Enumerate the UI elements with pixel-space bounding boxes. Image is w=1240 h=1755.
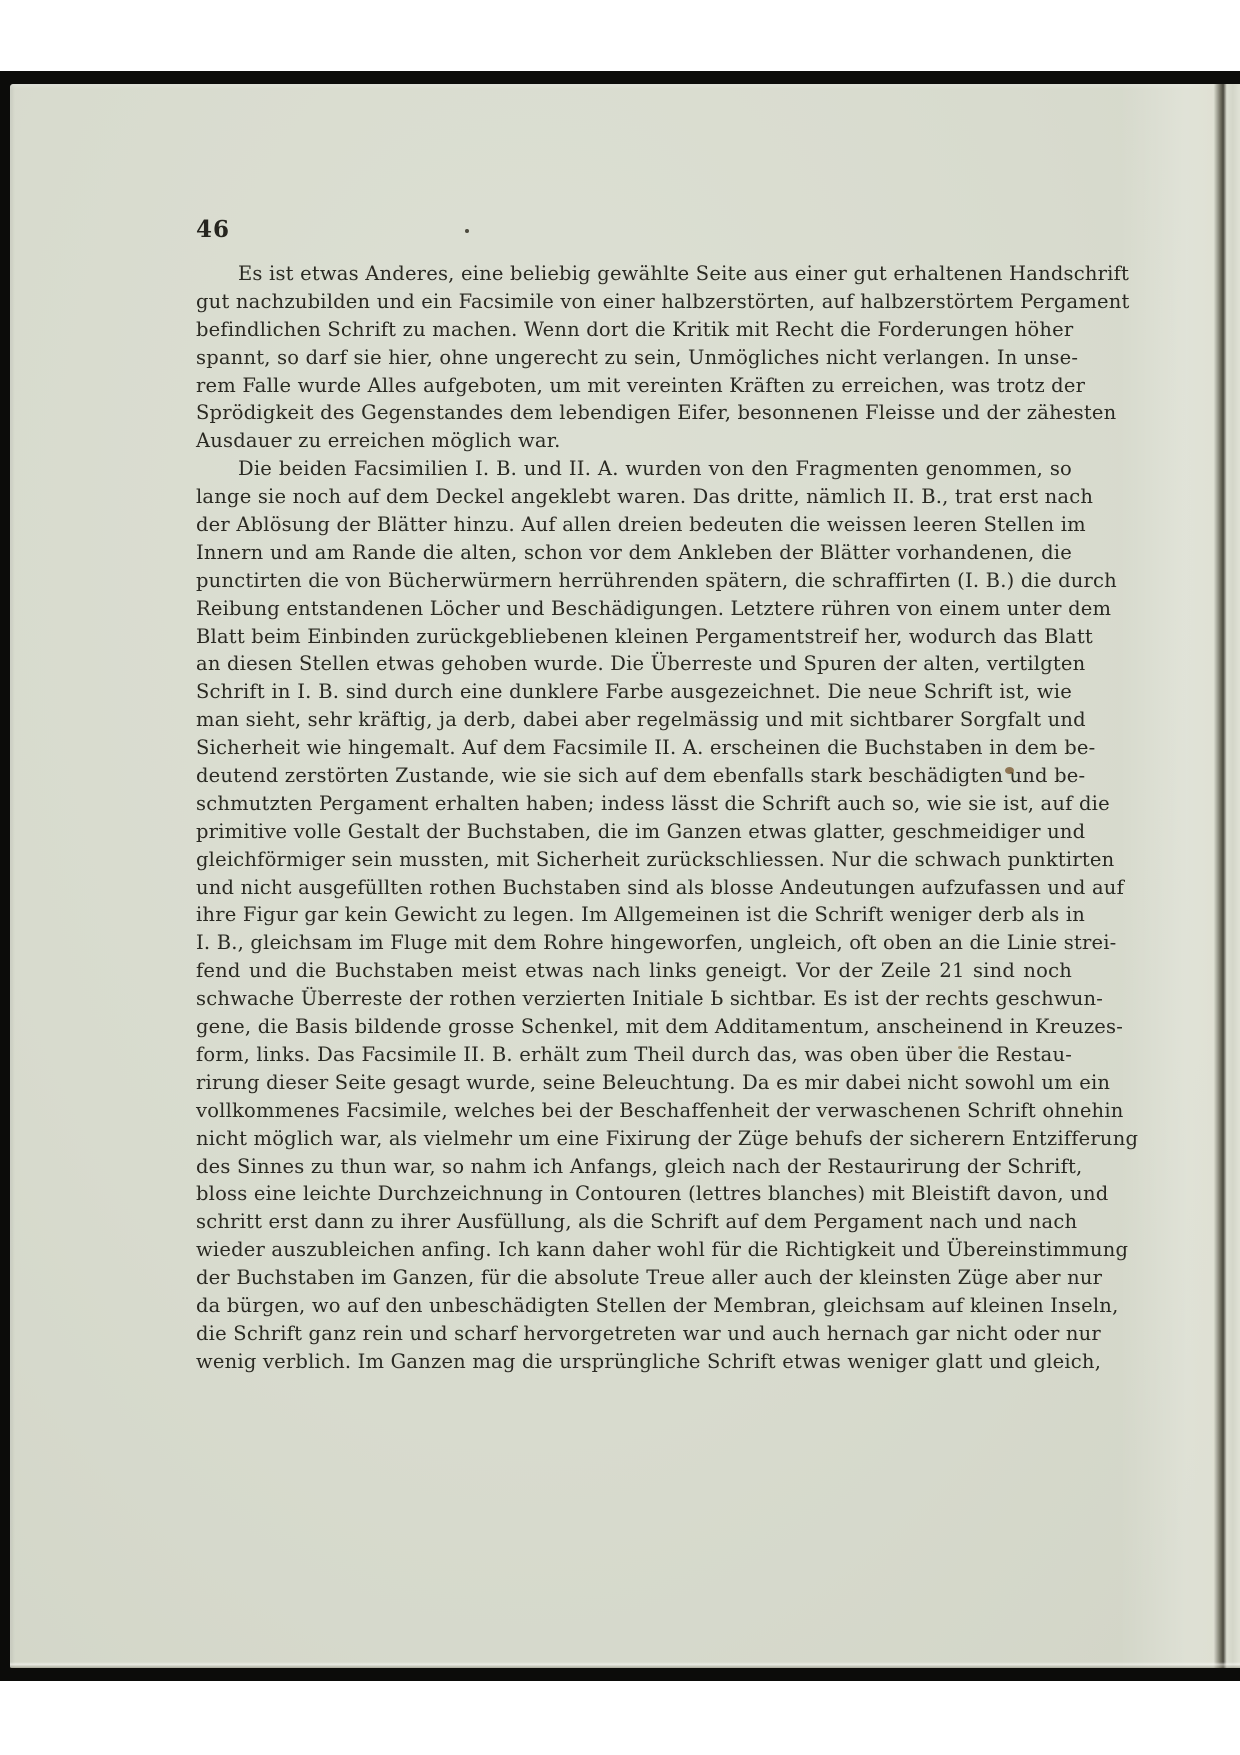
page-number: 46 — [196, 216, 230, 243]
book-page: 46 Es ist etwas Anderes, eine beliebig g… — [10, 84, 1240, 1668]
text-line: Es ist etwas Anderes, eine beliebig gewä… — [196, 260, 1072, 288]
text-line: punctirten die von Bücherwürmern herrühr… — [196, 567, 1072, 595]
text-block: Es ist etwas Anderes, eine beliebig gewä… — [196, 260, 1072, 1376]
text-line: Ausdauer zu erreichen möglich war. — [196, 427, 1072, 455]
text-line: schwache Überreste der rothen verzierten… — [196, 985, 1072, 1013]
text-line: Reibung entstandenen Löcher und Beschädi… — [196, 595, 1072, 623]
ink-stain — [1005, 767, 1014, 774]
text-line: befindlichen Schrift zu machen. Wenn dor… — [196, 316, 1072, 344]
paper-speck — [958, 1046, 962, 1049]
text-line: man sieht, sehr kräftig, ja derb, dabei … — [196, 706, 1072, 734]
text-line: fend und die Buchstaben meist etwas nach… — [196, 957, 1072, 985]
text-line: rirung dieser Seite gesagt wurde, seine … — [196, 1069, 1072, 1097]
text-line: des Sinnes zu thun war, so nahm ich Anfa… — [196, 1153, 1072, 1181]
text-line: schritt erst dann zu ihrer Ausfüllung, a… — [196, 1208, 1072, 1236]
text-line: primitive volle Gestalt der Buchstaben, … — [196, 818, 1072, 846]
text-line: form, links. Das Facsimile II. B. erhält… — [196, 1041, 1072, 1069]
text-line: der Buchstaben im Ganzen, für die absolu… — [196, 1264, 1072, 1292]
text-line: und nicht ausgefüllten rothen Buchstaben… — [196, 874, 1072, 902]
paper-speck — [465, 229, 469, 233]
text-line: die Schrift ganz rein und scharf hervorg… — [196, 1320, 1072, 1348]
page-edge-bottom — [10, 1662, 1240, 1668]
text-line: spannt, so darf sie hier, ohne ungerecht… — [196, 344, 1072, 372]
text-line: deutend zerstörten Zustande, wie sie sic… — [196, 762, 1072, 790]
text-line: vollkommenes Facsimile, welches bei der … — [196, 1097, 1072, 1125]
text-line: Sprödigkeit des Gegenstandes dem lebendi… — [196, 399, 1072, 427]
text-line: an diesen Stellen etwas gehoben wurde. D… — [196, 650, 1072, 678]
text-line: Innern und am Rande die alten, schon vor… — [196, 539, 1072, 567]
text-line: nicht möglich war, als vielmehr um eine … — [196, 1125, 1072, 1153]
text-line: gene, die Basis bildende grosse Schenkel… — [196, 1013, 1072, 1041]
text-line: gleichförmiger sein mussten, mit Sicherh… — [196, 846, 1072, 874]
text-line: schmutzten Pergament erhalten haben; ind… — [196, 790, 1072, 818]
text-line: wieder auszubleichen anfing. Ich kann da… — [196, 1236, 1072, 1264]
text-line: wenig verblich. Im Ganzen mag die ursprü… — [196, 1348, 1072, 1376]
text-line: Sicherheit wie hingemalt. Auf dem Facsim… — [196, 734, 1072, 762]
text-line: gut nachzubilden und ein Facsimile von e… — [196, 288, 1072, 316]
text-line: lange sie noch auf dem Deckel angeklebt … — [196, 483, 1072, 511]
text-line: Die beiden Facsimilien I. B. und II. A. … — [196, 455, 1072, 483]
text-line: ihre Figur gar kein Gewicht zu legen. Im… — [196, 901, 1072, 929]
text-line: I. B., gleichsam im Fluge mit dem Rohre … — [196, 929, 1072, 957]
scanned-book-view: 46 Es ist etwas Anderes, eine beliebig g… — [0, 0, 1240, 1755]
text-line: bloss eine leichte Durchzeichnung in Con… — [196, 1180, 1072, 1208]
page-edge-right — [1120, 84, 1240, 1668]
text-line: da bürgen, wo auf den unbeschädigten Ste… — [196, 1292, 1072, 1320]
text-line: Schrift in I. B. sind durch eine dunkler… — [196, 678, 1072, 706]
text-line: der Ablösung der Blätter hinzu. Auf alle… — [196, 511, 1072, 539]
text-line: rem Falle wurde Alles aufgeboten, um mit… — [196, 372, 1072, 400]
text-line: Blatt beim Einbinden zurückgebliebenen k… — [196, 623, 1072, 651]
